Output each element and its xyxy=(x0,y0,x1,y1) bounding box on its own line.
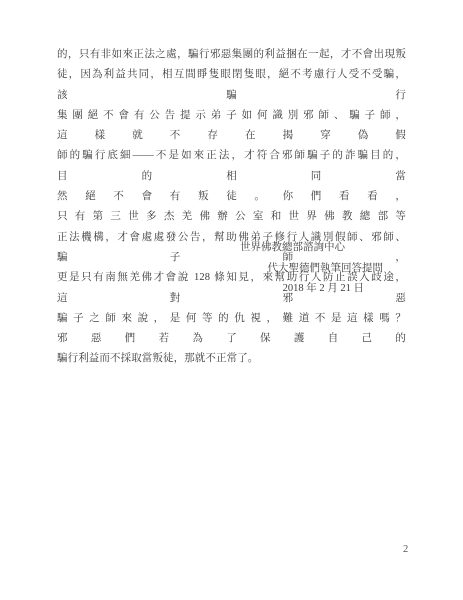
body-line: 騙子之師來說，是何等的仇視，難道不是這樣嗎？邪惡們若為了保護自己的 xyxy=(57,309,406,350)
body-line: 的，只有非如來正法之處，騙行邪惡集團的利益捆在一起，才不會出現叛 xyxy=(57,45,406,65)
body-line: 然絕不會有叛徒。你們看看，只有第三世多杰羌佛辦公室和世界佛教總部等 xyxy=(57,187,406,228)
document-page: 的，只有非如來正法之處，騙行邪惡集團的利益捆在一起，才不會出現叛 徒，因為利益共… xyxy=(0,0,463,600)
body-line: 師的騙行底細——不是如來正法，才符合邪師騙子的詐騙目的，目的相同當 xyxy=(57,146,406,187)
body-line: 騙行利益而不採取當叛徒，那就不正常了。 xyxy=(57,349,406,369)
signature-org: 世界佛教總部諮詢中心 xyxy=(57,238,406,259)
signature-date: 2018 年 2 月 21 日 xyxy=(57,279,406,300)
signature-byline: 代大聖德們執筆回答提問 xyxy=(57,259,406,280)
signature-block: 世界佛教總部諮詢中心 代大聖德們執筆回答提問 2018 年 2 月 21 日 xyxy=(57,238,406,300)
body-line: 集團絕不會有公告提示弟子如何識別邪師、騙子師，這樣就不存在揭穿偽假 xyxy=(57,106,406,147)
body-line: 徒，因為利益共同，相互間睜隻眼閉隻眼，絕不考慮行人受不受騙，該騙行 xyxy=(57,65,406,106)
body-paragraph: 的，只有非如來正法之處，騙行邪惡集團的利益捆在一起，才不會出現叛 徒，因為利益共… xyxy=(57,45,406,370)
page-number: 2 xyxy=(403,544,408,555)
